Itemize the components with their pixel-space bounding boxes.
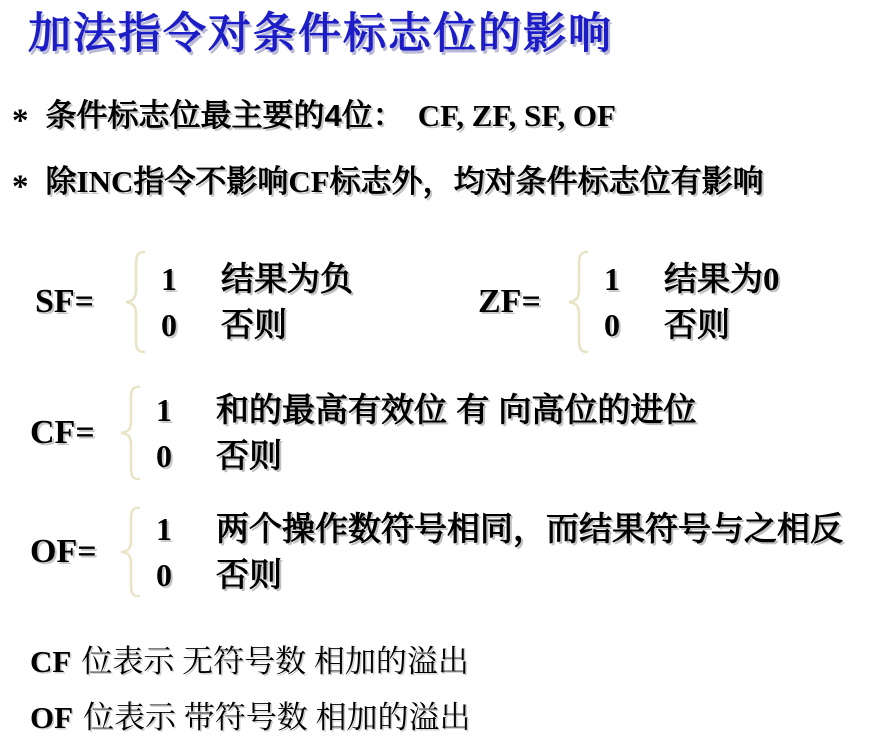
case-description: 否则: [216, 433, 282, 479]
case-value: 1: [604, 256, 650, 302]
flag-definition-sf: SF= 1 结果为负 0 否则: [35, 250, 353, 354]
case-description: 否则: [216, 552, 282, 598]
note-text: 位表示 带符号数 相加的溢出: [83, 700, 471, 735]
flag-label: OF=: [30, 533, 114, 571]
note-flag-name: OF: [30, 700, 73, 735]
flag-definition-zf: ZF= 1 结果为0 0 否则: [478, 250, 780, 354]
bullet-text-zh: 除: [46, 164, 77, 199]
case-value: 0: [156, 552, 202, 598]
bullet-item-inc: *除INC指令不影响CF标志外，均对条件标志位有影响: [12, 160, 764, 204]
flag-case-row: 1 结果为负: [161, 256, 353, 302]
flag-case-row: 0 否则: [604, 302, 780, 348]
flag-cases: 1 两个操作数符号相同，而结果符号与之相反 0 否则: [156, 506, 843, 598]
case-value: 0: [161, 302, 207, 348]
flag-case-row: 1 和的最高有效位 有 向高位的进位: [156, 387, 696, 433]
case-value: 0: [604, 302, 650, 348]
flag-cases: 1 和的最高有效位 有 向高位的进位 0 否则: [156, 387, 696, 479]
flag-case-row: 0 否则: [161, 302, 353, 348]
note-text: 位表示 无符号数 相加的溢出: [81, 644, 469, 679]
flag-case-row: 1 结果为0: [604, 256, 780, 302]
bullet-asterisk-icon: *: [12, 165, 29, 209]
flag-case-row: 1 两个操作数符号相同，而结果符号与之相反: [156, 506, 843, 552]
flag-label: ZF=: [478, 283, 562, 321]
flag-label: SF=: [35, 283, 119, 321]
page-title: 加法指令对条件标志位的影响: [28, 0, 613, 61]
flag-definition-cf: CF= 1 和的最高有效位 有 向高位的进位 0 否则: [30, 385, 696, 481]
flag-definition-of: OF= 1 两个操作数符号相同，而结果符号与之相反 0 否则: [30, 506, 843, 598]
note-of-overflow: OF位表示 带符号数 相加的溢出: [30, 692, 471, 737]
case-value: 1: [156, 387, 202, 433]
case-description: 两个操作数符号相同，而结果符号与之相反: [216, 506, 843, 552]
note-flag-name: CF: [30, 644, 71, 679]
bullet-text-zh: 指令不影响: [133, 164, 288, 199]
flag-label: CF=: [30, 414, 114, 452]
bullet-item-flags: *条件标志位最主要的4位：CF, ZF, SF, OF: [12, 94, 616, 138]
bullet-text-en: CF: [288, 164, 329, 199]
bullet-text-en: CF, ZF, SF, OF: [418, 98, 616, 133]
case-description: 结果为0: [664, 257, 780, 303]
left-brace-icon: [114, 385, 144, 481]
case-value: 1: [161, 256, 207, 302]
flag-cases: 1 结果为负 0 否则: [161, 256, 353, 348]
left-brace-icon: [114, 506, 144, 598]
left-brace-icon: [119, 250, 149, 354]
bullet-asterisk-icon: *: [12, 99, 29, 143]
flag-case-row: 0 否则: [156, 552, 843, 598]
slide: 加法指令对条件标志位的影响 *条件标志位最主要的4位：CF, ZF, SF, O…: [0, 0, 893, 742]
bullet-text-en: INC: [77, 164, 134, 199]
case-description: 否则: [664, 303, 730, 349]
flag-cases: 1 结果为0 0 否则: [604, 256, 780, 348]
case-description: 和的最高有效位 有 向高位的进位: [216, 387, 696, 433]
case-description: 结果为负: [221, 257, 353, 303]
flag-case-row: 0 否则: [156, 433, 696, 479]
case-value: 0: [156, 433, 202, 479]
bullet-text-zh: 标志外，均对条件标志位有影响: [330, 164, 764, 199]
note-cf-overflow: CF位表示 无符号数 相加的溢出: [30, 636, 469, 681]
left-brace-icon: [562, 250, 592, 354]
case-description: 否则: [221, 303, 287, 349]
case-value: 1: [156, 506, 202, 552]
bullet-text-zh: 条件标志位最主要的4位：: [46, 98, 404, 133]
